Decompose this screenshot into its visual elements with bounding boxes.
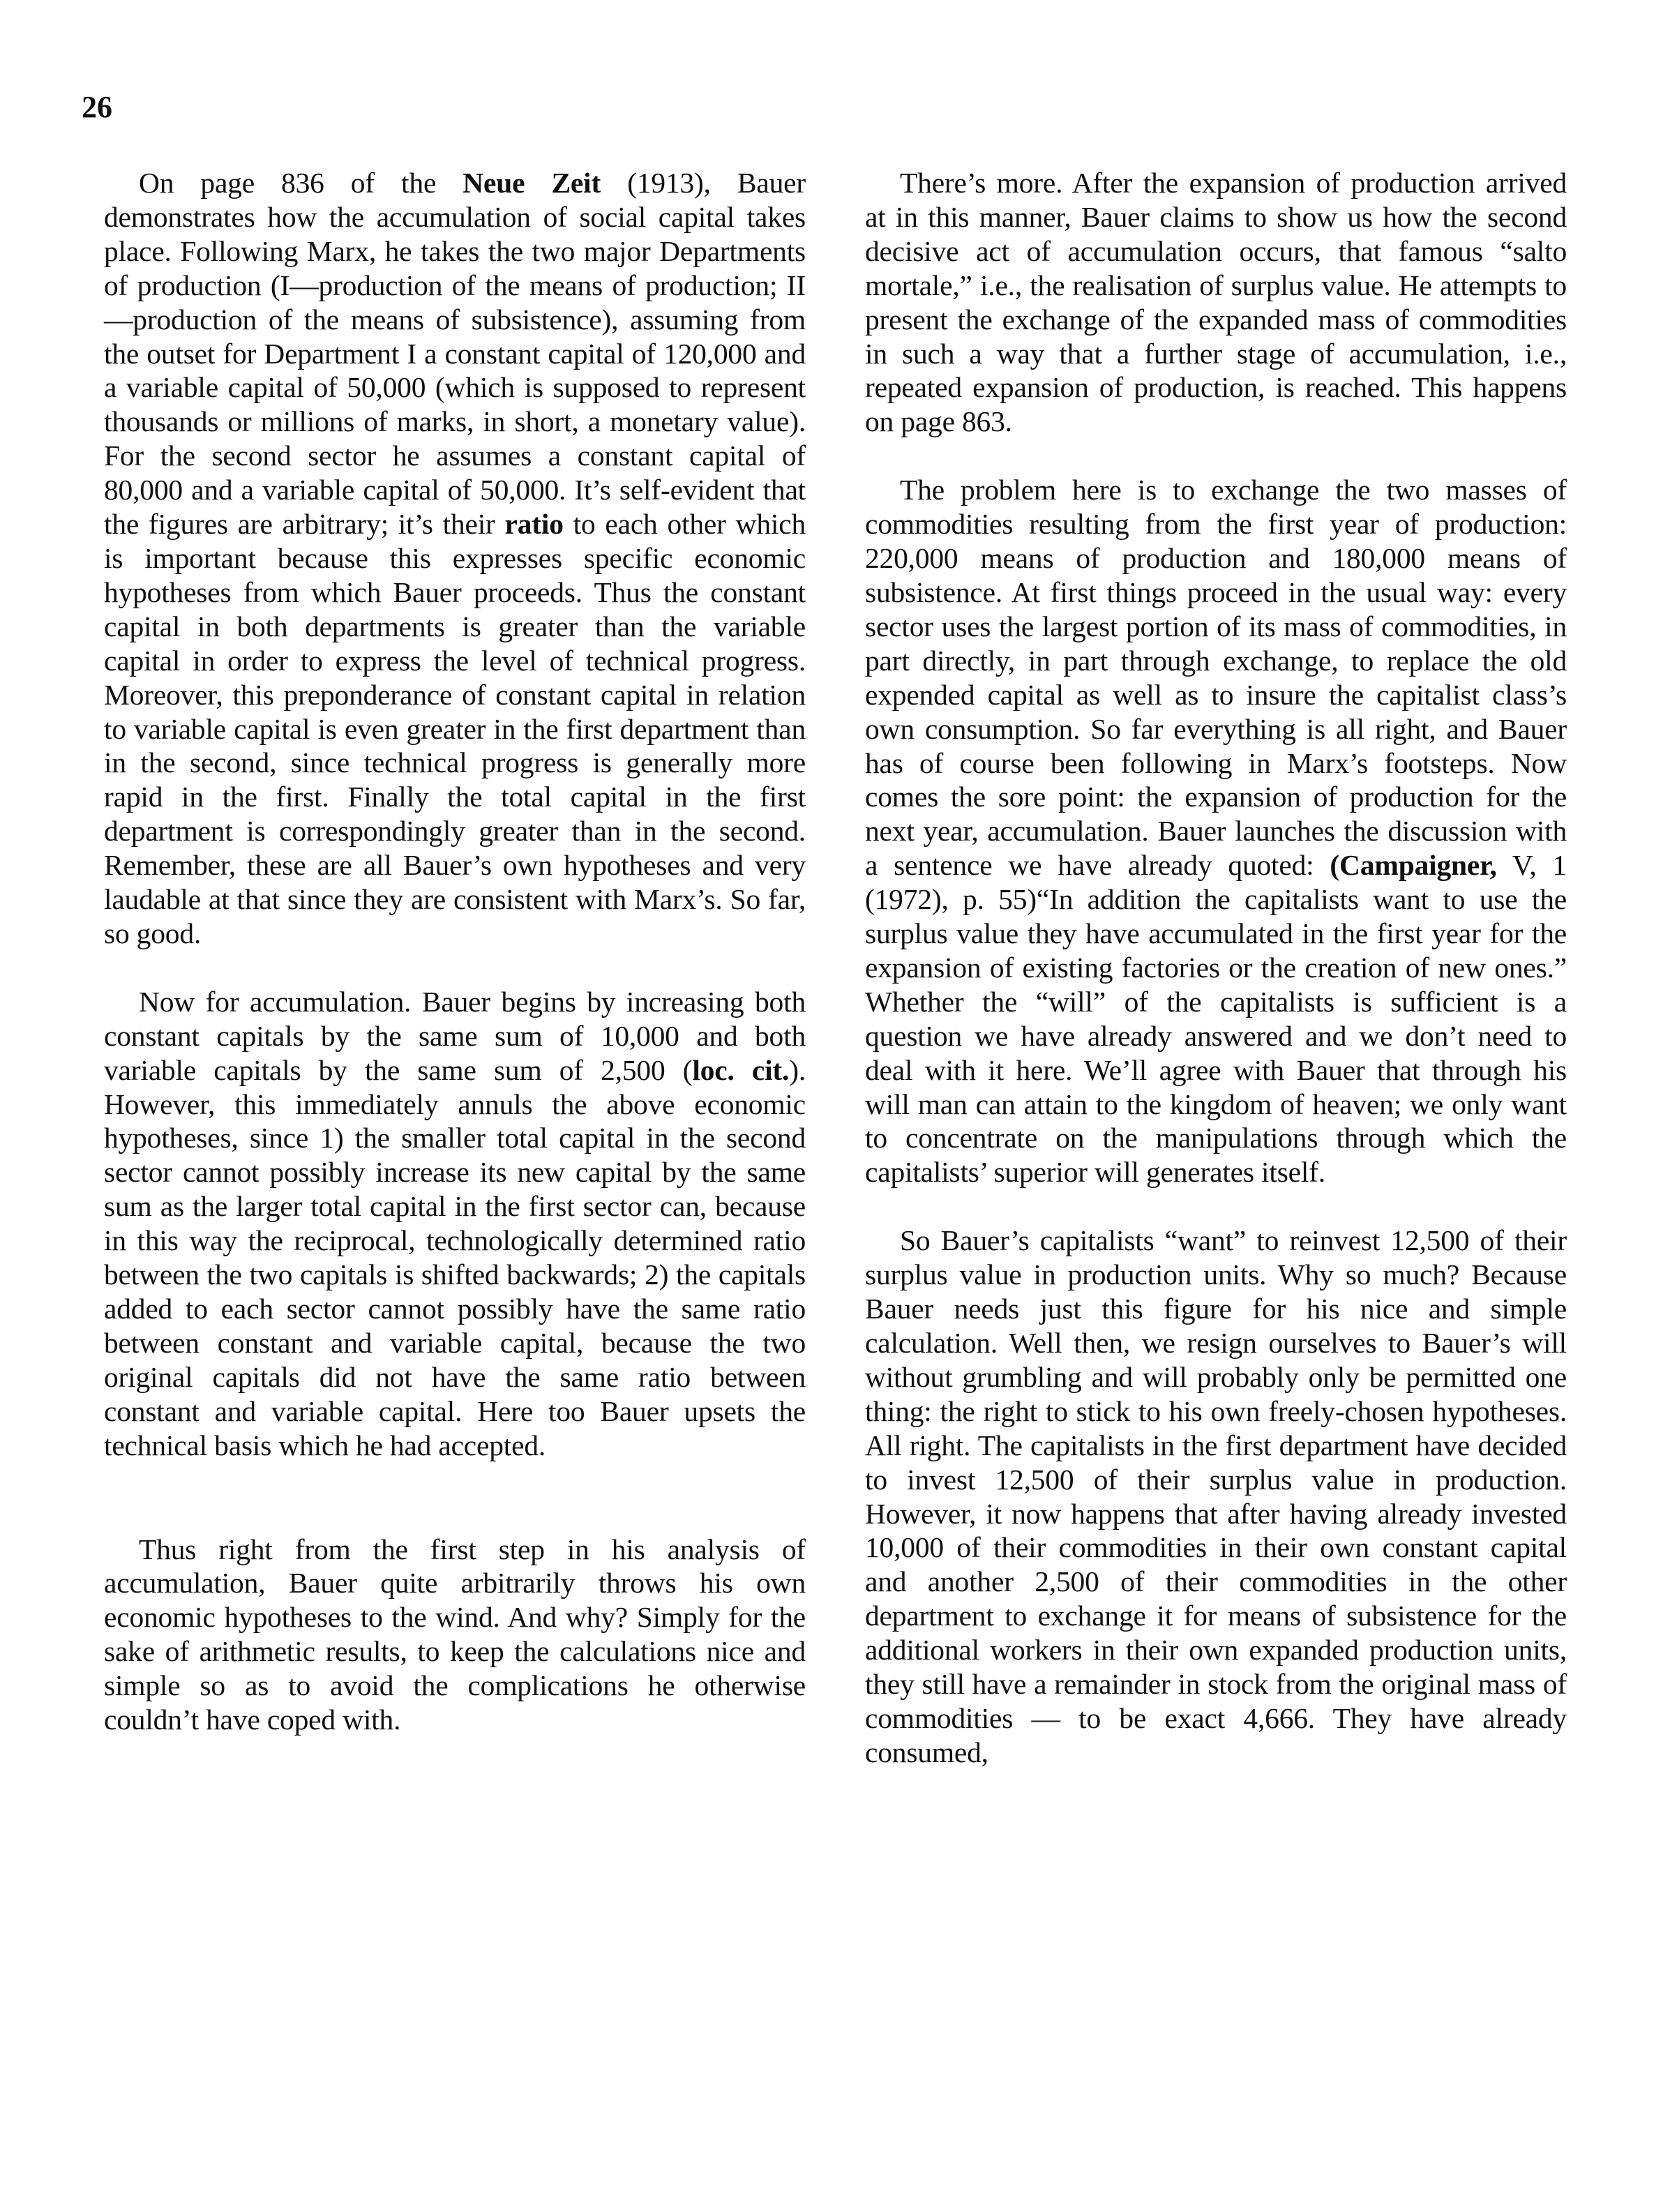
paragraph-spacer bbox=[865, 439, 1567, 473]
text-run: V, 1 (1972), p. 55)“In addition the capi… bbox=[865, 849, 1567, 1188]
text-run: The problem here is to exchange the two … bbox=[865, 474, 1567, 881]
journal-title-neue-zeit: Neue Zeit bbox=[462, 167, 601, 199]
text-run: ). However, this immediately annuls the … bbox=[104, 1054, 806, 1461]
paragraph-bauers-capitalists-want: So Bauer’s capitalists “want” to reinves… bbox=[865, 1224, 1567, 1770]
paragraph-thus-right-from-first-step: Thus right from the first step in his an… bbox=[104, 1533, 806, 1737]
paragraph-spacer bbox=[865, 1189, 1567, 1224]
text-run: to each other which is important because… bbox=[104, 508, 806, 949]
text-run: On page 836 of the bbox=[139, 167, 462, 199]
paragraph-spacer bbox=[104, 1463, 806, 1533]
paragraph-spacer bbox=[104, 951, 806, 985]
left-column: On page 836 of the Neue Zeit (1913), Bau… bbox=[104, 166, 806, 1737]
paragraph-theres-more: There’s more. After the expansion of pro… bbox=[865, 166, 1567, 439]
paragraph-now-for-accumulation: Now for accumulation. Bauer begins by in… bbox=[104, 985, 806, 1463]
citation-loc-cit: loc. cit. bbox=[692, 1054, 789, 1086]
page-number: 26 bbox=[82, 92, 112, 123]
right-column: There’s more. After the expansion of pro… bbox=[865, 166, 1567, 1770]
text-run: (1913), Bauer demonstrates how the accum… bbox=[104, 167, 806, 540]
paragraph-bauer-neue-zeit: On page 836 of the Neue Zeit (1913), Bau… bbox=[104, 166, 806, 951]
paragraph-problem-here: The problem here is to exchange the two … bbox=[865, 473, 1567, 1189]
citation-campaigner: (Campaigner, bbox=[1330, 849, 1496, 881]
emphasis-ratio: ratio bbox=[505, 508, 564, 540]
